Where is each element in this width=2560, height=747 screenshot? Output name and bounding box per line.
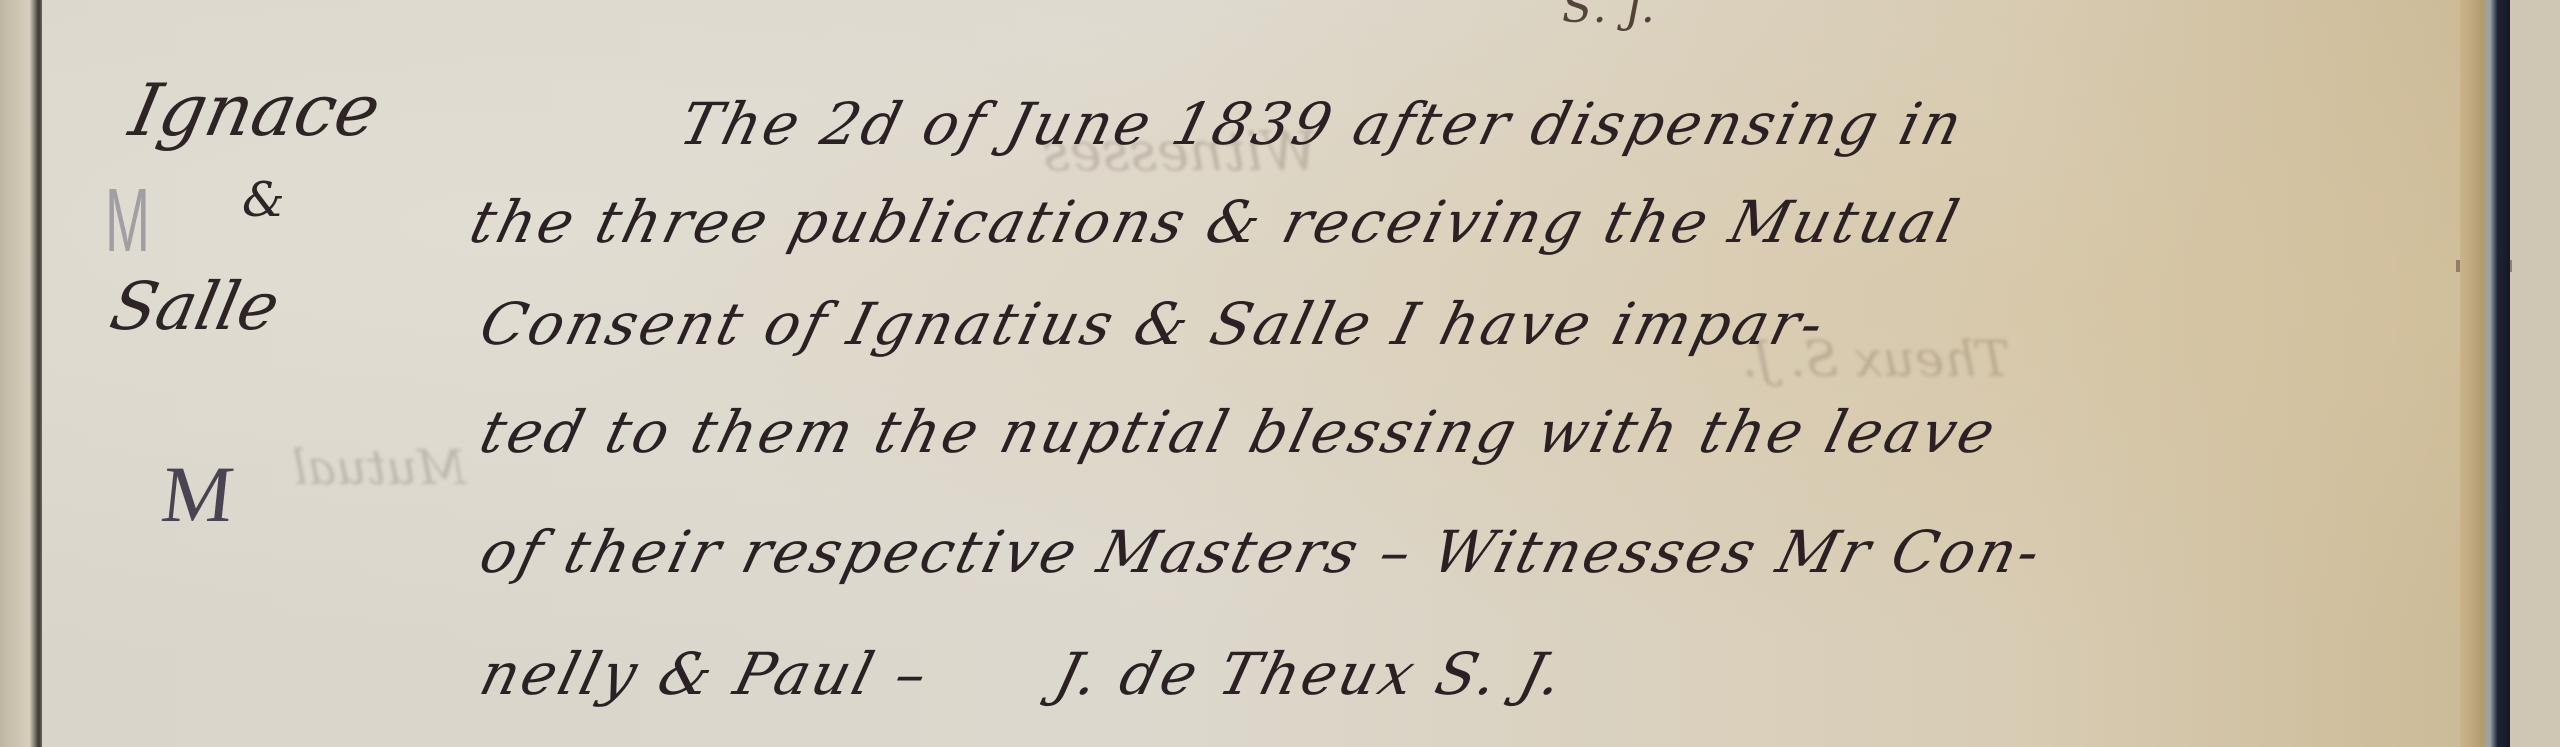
register-page: Witnesses Theux S. J. Mutual S. J. M Ign…: [42, 0, 2510, 747]
entry-line-2: the three publications & receiving the M…: [464, 188, 1969, 256]
margin-name-bride: Salle: [104, 268, 286, 345]
entry-line-5: of their respective Masters – Witnesses …: [474, 518, 2050, 586]
entry-line-3: Consent of Ignatius & Salle I have impar…: [474, 290, 1834, 358]
previous-entry-signature-fragment: S. J.: [1562, 0, 1657, 33]
entry-line-1: The 2d of June 1839 after dispensing in: [674, 90, 1972, 158]
bleed-through-text: Mutual: [292, 440, 466, 496]
marriage-mark-m: M: [157, 450, 238, 541]
entry-line-6-signature: nelly & Paul – J. de Theux S. J.: [474, 640, 1573, 708]
entry-line-4: ted to them the nuptial blessing with th…: [474, 398, 2005, 466]
margin-ampersand: &: [242, 172, 285, 228]
page-edge: [2460, 0, 2510, 747]
book-spine-gutter: [0, 0, 42, 747]
margin-name-groom: Ignace: [123, 68, 388, 152]
pencil-margin-mark: M: [105, 170, 150, 273]
